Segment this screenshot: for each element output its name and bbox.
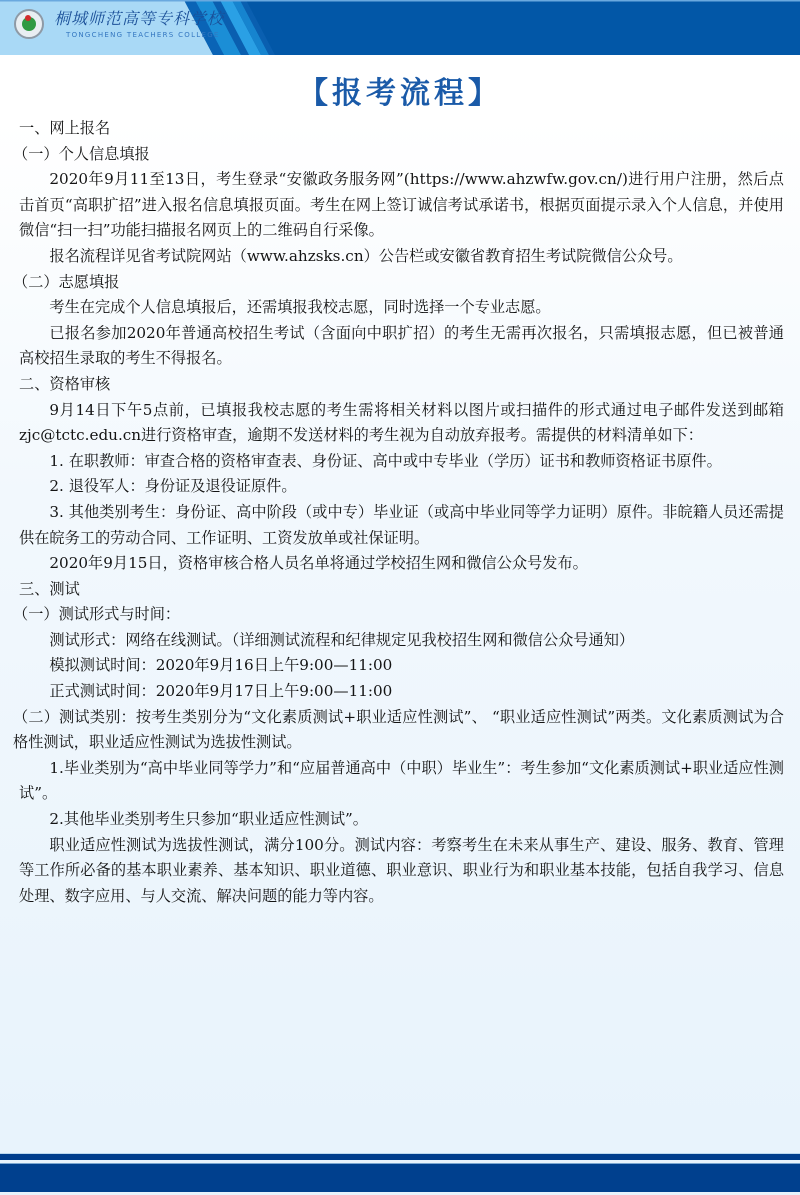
paragraph: 报名流程详见省考试院网站（www.ahzsks.cn）公告栏或安徽省教育招生考试…	[19, 244, 784, 270]
section-heading-testing: 三、测试	[19, 577, 784, 603]
school-name-cn: 桐城师范高等专科学校	[54, 9, 224, 29]
subsection-heading-test-format: （一）测试形式与时间：	[13, 602, 784, 628]
list-item: 2. 退役军人：身份证及退役证原件。	[19, 474, 784, 500]
footer-divider-line	[0, 1153, 800, 1160]
header-banner: 桐城师范高等专科学校 TONGCHENG TEACHERS COLLEGE	[0, 0, 800, 55]
subsection-heading-personal-info: （一）个人信息填报	[13, 142, 784, 168]
school-name-en: TONGCHENG TEACHERS COLLEGE	[66, 31, 224, 39]
paragraph: 测试形式：网络在线测试。（详细测试流程和纪律规定见我校招生网和微信公众号通知）	[19, 628, 784, 654]
section-heading-online-registration: 一、网上报名	[19, 116, 784, 142]
paragraph: 2020年9月11至13日，考生登录“安徽政务服务网”(https://www.…	[19, 167, 784, 244]
paragraph: 2020年9月15日，资格审核合格人员名单将通过学校招生网和微信公众号发布。	[19, 551, 784, 577]
list-item: 1.毕业类别为“高中毕业同等学力”和“应届普通高中（中职）毕业生”：考生参加“文…	[19, 756, 784, 807]
list-item: 2.其他毕业类别考生只参加“职业适应性测试”。	[19, 807, 784, 833]
subsection-heading-preferences: （二）志愿填报	[13, 270, 784, 296]
paragraph: 9月14日下午5点前，已填报我校志愿的考生需将相关材料以图片或扫描件的形式通过电…	[19, 398, 784, 449]
section-heading-qualification-review: 二、资格审核	[19, 372, 784, 398]
school-logo: 桐城师范高等专科学校 TONGCHENG TEACHERS COLLEGE	[14, 9, 224, 39]
formal-test-time: 正式测试时间：2020年9月17日上午9:00—11:00	[19, 679, 784, 705]
school-emblem-icon	[14, 9, 44, 39]
page-title: 【报考流程】	[0, 68, 800, 112]
paragraph: 已报名参加2020年普通高校招生考试（含面向中职扩招）的考生无需再次报名，只需填…	[19, 321, 784, 372]
subsection-test-categories: （二）测试类别：按考生类别分为“文化素质测试+职业适应性测试”、 “职业适应性测…	[13, 705, 784, 756]
document-body: 一、网上报名 （一）个人信息填报 2020年9月11至13日，考生登录“安徽政务…	[19, 116, 784, 909]
footer-band	[0, 1163, 800, 1192]
mock-test-time: 模拟测试时间：2020年9月16日上午9:00—11:00	[19, 653, 784, 679]
list-item: 1. 在职教师：审查合格的资格审查表、身份证、高中或中专毕业（学历）证书和教师资…	[19, 449, 784, 475]
paragraph: 考生在完成个人信息填报后，还需填报我校志愿，同时选择一个专业志愿。	[19, 295, 784, 321]
paragraph: 职业适应性测试为选拔性测试，满分100分。测试内容：考察考生在未来从事生产、建设…	[19, 833, 784, 910]
list-item: 3. 其他类别考生：身份证、高中阶段（或中专）毕业证（或高中毕业同等学力证明）原…	[19, 500, 784, 551]
